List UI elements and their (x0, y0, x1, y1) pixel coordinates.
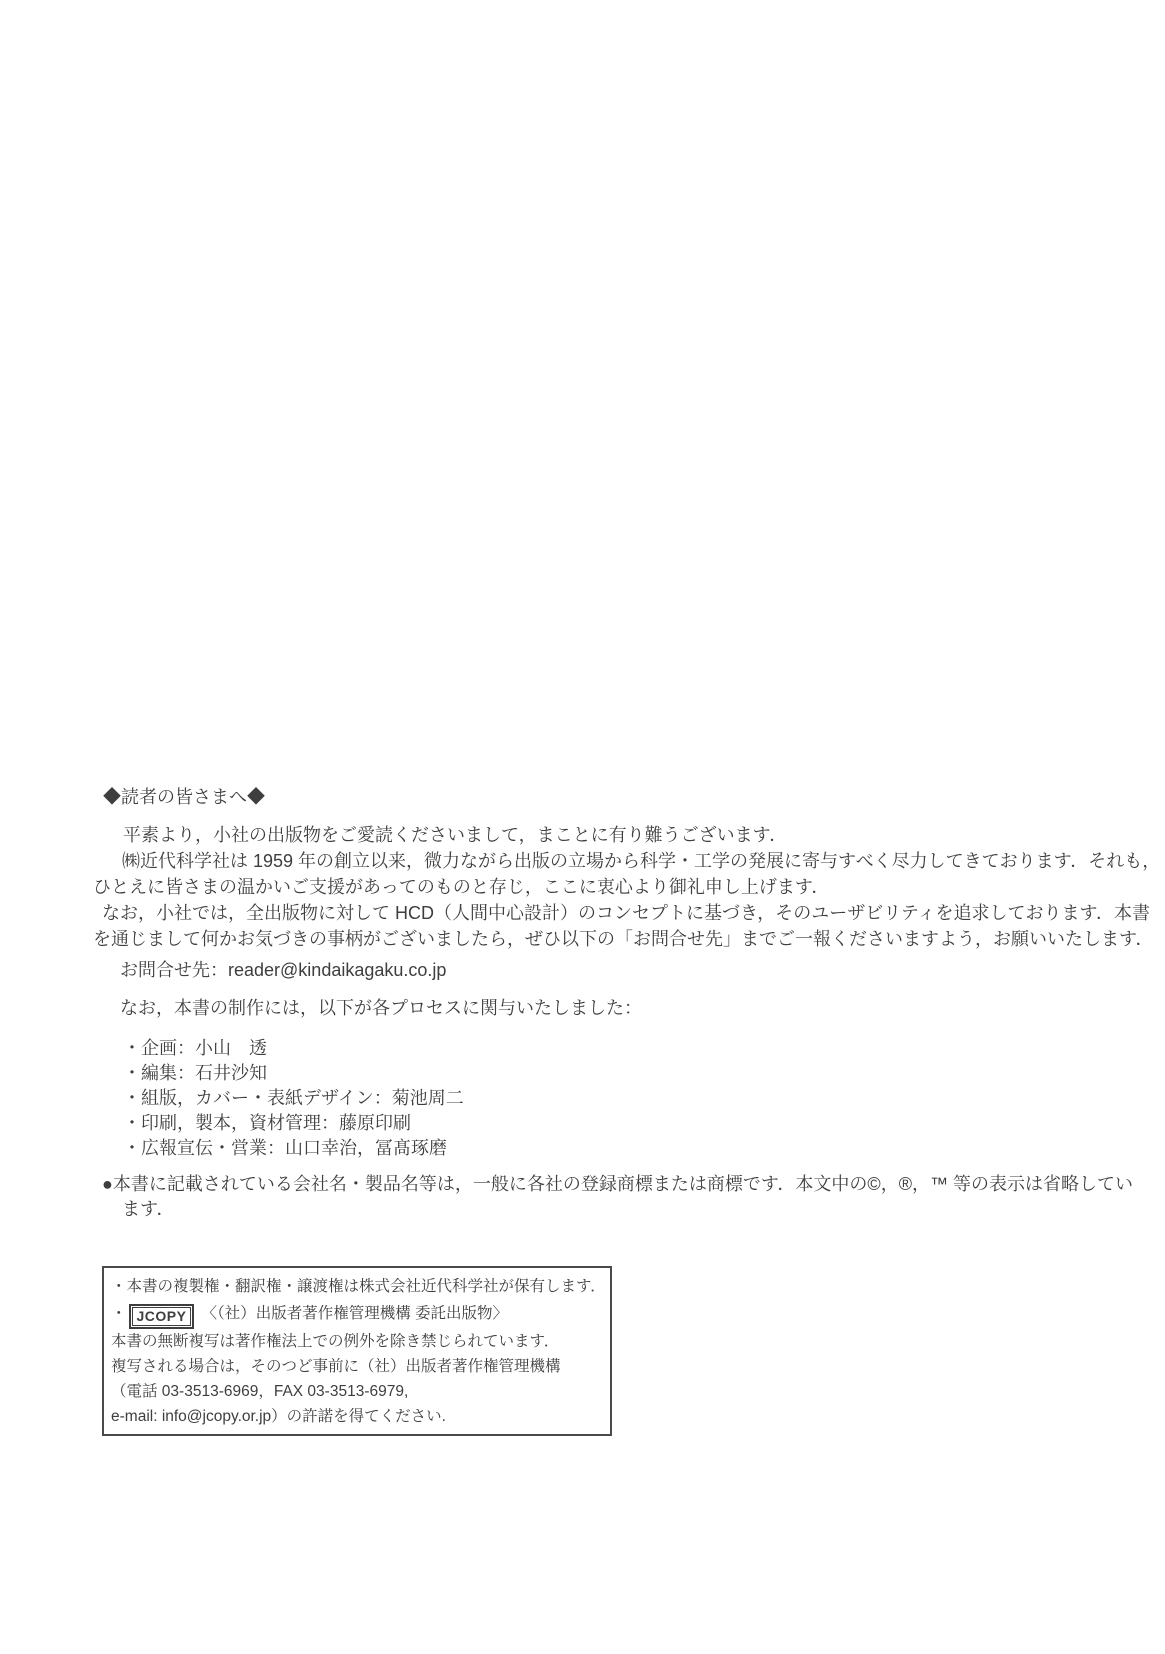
credit-item-design: ・組版，カバー・表紙デザイン：菊池周二 (123, 1086, 464, 1111)
copyright-line-procedure: 複写される場合は，そのつど事前に（社）出版者著作権管理機構 (111, 1354, 604, 1379)
trademark-note: ●本書に記載されている会社名・製品名等は，一般に各社の登録商標または商標です．本… (102, 1172, 1142, 1222)
credit-item-editing: ・編集：石井沙知 (123, 1061, 464, 1086)
jcopy-bullet: ・ (111, 1305, 127, 1322)
credit-item-marketing: ・広報宣伝・営業：山口幸治，冨髙琢磨 (123, 1136, 464, 1161)
credit-item-planning: ・企画：小山 透 (123, 1036, 464, 1061)
copyright-line-phone-fax: （電話 03-3513-6969，FAX 03-3513-6979, (111, 1379, 604, 1404)
contact-email-line: お問合せ先：reader@kindaikagaku.co.jp (120, 957, 446, 983)
copyright-line-prohibition: 本書の無断複写は著作権法上での例外を除き禁じられています． (111, 1329, 604, 1354)
copyright-line-jcopy: ・JCOPY〈（社）出版者著作権管理機構 委託出版物〉 (111, 1299, 604, 1329)
body-line: を通じまして何かお気づきの事柄がございましたら，ぜひ以下の「お問合せ先」までご一… (93, 926, 1133, 952)
body-line: 平素より，小社の出版物をご愛読くださいまして，まことに有り難うございます． (93, 822, 1133, 848)
jcopy-line-text: 〈（社）出版者著作権管理機構 委託出版物〉 (201, 1305, 508, 1322)
copyright-box: ・本書の複製権・翻訳権・譲渡権は株式会社近代科学社が保有します． ・JCOPY〈… (102, 1266, 612, 1436)
copyright-line-email: e-mail: info@jcopy.or.jp）の許諾を得てください. (111, 1404, 604, 1429)
credits-list: ・企画：小山 透 ・編集：石井沙知 ・組版，カバー・表紙デザイン：菊池周二 ・印… (123, 1036, 464, 1161)
jcopy-badge: JCOPY (129, 1304, 195, 1329)
jcopy-badge-label: JCOPY (132, 1307, 192, 1326)
body-line: ひとえに皆さまの温かいご支援があってのものと存じ，ここに衷心より御礼申し上げます… (93, 874, 1133, 900)
process-intro-line: なお，本書の制作には，以下が各プロセスに関与いたしました： (120, 995, 642, 1021)
colophon-page: ◆読者の皆さまへ◆ 平素より，小社の出版物をご愛読くださいまして，まことに有り難… (0, 0, 1165, 1654)
credit-item-printing: ・印刷，製本，資材管理：藤原印刷 (123, 1111, 464, 1136)
trademark-note-line: ます． (102, 1197, 1142, 1222)
body-line: ㈱近代科学社は 1959 年の創立以来，微力ながら出版の立場から科学・工学の発展… (93, 848, 1133, 874)
reader-notice-body: 平素より，小社の出版物をご愛読くださいまして，まことに有り難うございます． ㈱近… (93, 822, 1133, 952)
trademark-note-line: ●本書に記載されている会社名・製品名等は，一般に各社の登録商標または商標です．本… (102, 1172, 1142, 1197)
reader-notice-heading: ◆読者の皆さまへ◆ (103, 785, 265, 809)
body-line: なお，小社では，全出版物に対して HCD（人間中心設計）のコンセプトに基づき，そ… (93, 900, 1133, 926)
copyright-line-rights: ・本書の複製権・翻訳権・譲渡権は株式会社近代科学社が保有します． (111, 1274, 604, 1299)
